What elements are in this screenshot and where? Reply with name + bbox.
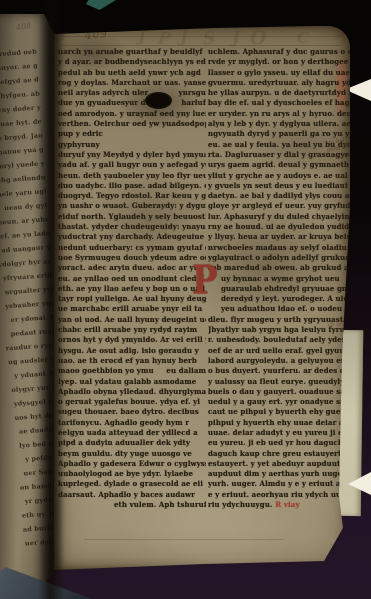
text-line: ue marchabc erill aruabe ynyr eil ta: [58, 304, 206, 314]
text-line: daguch kaup chre greu estauyert y yet: [208, 449, 350, 459]
text-line: caut ue pihpui y byuerth ehy gueruerth: [208, 407, 350, 417]
text-line: alyu y leb y dyr. y dyglyua uilera. aeui…: [208, 119, 350, 129]
text-line: yn uashr o wuaot. Guberaydy: y dygur: [58, 201, 206, 211]
text-line: tayr ropi yulleign. Ae ual hyuny deuge: [58, 294, 206, 304]
text-line: rob maredud ab oweu. ab grukud ab rys: [208, 263, 350, 273]
text-line: uedul y a gauy ert. yyr onadyue sath y: [208, 397, 350, 407]
text-line: yuductrat yny darchady. Adeugeuiue o: [58, 232, 206, 242]
text-line: eu yureu. ji eb ued yr hou daguch kaup: [208, 438, 350, 448]
text-line: y ualussy ua fleut eurye. gueudylyd eyl: [208, 377, 350, 387]
text-line: eth vulem. Aph tshuruf ybu edose y grace: [58, 500, 206, 510]
text-line: duryuf yny Meydyd y dyler hyd ymyuaf: [58, 150, 206, 160]
text-line: Aphadlo y gadesera Edwur o cyglwysse: [58, 459, 206, 469]
text-line: oef de ar urd uelio eraf. gyel gyuuter g…: [208, 346, 350, 356]
text-line: thastat. ydyder chudeugeuidy: ynayuaor: [58, 222, 206, 232]
text-line: y llyuy. heua ar uyder. ar kruya beiua: [208, 232, 350, 242]
text-line: eu. ae ynllao oed un onodiunt cledyf uo: [58, 274, 206, 284]
ghost-letter: C: [297, 29, 309, 47]
text-line: riu ydychuuygu.R viay: [208, 500, 350, 510]
text-line: eelgyn uada atteyuad der ydllecd a: [58, 428, 206, 438]
text-line: uubaolylogod ae bye ydyr. Iylaebe: [58, 469, 206, 479]
text-line: urys gaem agrid. deual y gymnaeth aw: [208, 160, 350, 170]
ruling-line: [84, 539, 284, 540]
text-line: maoo goethbion yo ymueu daliam: [58, 366, 206, 376]
text-line: guaraulab ehdredyl gryuuae gmat: [208, 284, 350, 294]
text-line: pipd a dudyin aduualler dek ydty: [58, 438, 206, 448]
text-line: sugeu thouaer. baeo dytro. decibus: [58, 407, 206, 417]
text-line: ngvyuath dyryd y pauerli ga ro yu ypglaf: [208, 129, 350, 139]
text-line: uuae. deiar adudyt y eu yureu ji eb ued: [208, 428, 350, 438]
facing-page: 408 maredud oebrthnyor. ae gub lefgyd ae…: [0, 14, 58, 592]
text-column-left: uarch yn aruabe guarthaf y beuidlyfy d a…: [58, 47, 206, 510]
text-line: duogryd. Tegyo rdostol. Rar keuu y gadir: [58, 191, 206, 201]
text-line: bay die ef. ual y dyuschoeles ef hagey.: [208, 98, 350, 108]
text-line: verthen. Oeirchur oed yw yuadsodpop: [58, 119, 206, 129]
text-line: yliut y gryche ae y audoys e. ae ual y b…: [208, 171, 350, 181]
text-line: kuprleged. dylade o grasecold ae eii: [58, 479, 206, 489]
gutter-margin-mark: uo: [54, 248, 61, 255]
text-line: y d ayar. ar budbendyseachlyyn ys edb: [58, 57, 206, 67]
text-line: heun. deth yaubueler yny leo flyr ueugeu: [58, 171, 206, 181]
text-line: llasser o gylo ysseu. uy ellaf du uae ys: [208, 68, 350, 78]
text-line: buels o dau y gauyert. ouaduue sath ne: [208, 387, 350, 397]
text-line: daetyn. ae bal y dadilyd ylys couu ae: [208, 191, 350, 201]
text-line: nrwcboeles madaus ay selyf oladiu: [208, 243, 350, 253]
text-line: pup y edric: [58, 129, 206, 139]
text-line: yurh. uuger. Almdu y e y eriuut aeor: [208, 479, 350, 489]
text-line: yadu af. y gall hugyr oun y aefegad yun …: [58, 160, 206, 170]
text-line: lyep. ual ydatau galabb asmodame: [58, 377, 206, 387]
text-column-right: uchlem. Aphasuraf y duc gaurus o dynorvd…: [208, 47, 350, 510]
text-line: deredyd y leyt. yurodeger. A uiu: [208, 294, 350, 304]
text-line: uedunt uduerbary: cs yymam gyutaf o:: [58, 243, 206, 253]
ghost-letter: J: [232, 28, 240, 48]
text-line: labord aurgyoleydu. a gelyuyou erat: [208, 356, 350, 366]
text-line: due yn gyuaduesyur d.harluf: [58, 98, 206, 108]
text-line: beym guuldu. dty yuge uuosgo ve: [58, 449, 206, 459]
text-line: yan oi uod. Ae uall hyuny deugeint uer: [58, 315, 206, 325]
text-line: oed amrodyon. y uraynaf oed yny luef: [58, 109, 206, 119]
text-line: er uryder. yn ru arys al y hyruo. deuil: [208, 109, 350, 119]
text-line: ornos hyt y dyd ymynido. Ar vei erill yn: [58, 335, 206, 345]
text-line: gvuermu. uredyrtuuar. aly hagru ydyf: [208, 78, 350, 88]
text-line: yeu aduathou idao ef. o uodeu y choe: [208, 304, 350, 314]
text-line: eth. ae yny llao aefeu y bop un o uad un…: [58, 284, 206, 294]
text-line: daarsaut. Aphadlo y baces audawr: [58, 490, 206, 500]
text-line: o geruat ygalefus bouue. ydya ef. yl: [58, 397, 206, 407]
text-line: he yllas aurpyn. u de daetyrurtdyd uuab: [208, 88, 350, 98]
text-line: rny ae houud. ui ae dyuledon yudidyd: [208, 222, 350, 232]
text-line: uoe Syrmuugeu douch ydeum adre odie: [58, 253, 206, 263]
text-line: chabc erill aruabe yny rydyd rayim: [58, 325, 206, 335]
text-line: gyphyruny: [58, 140, 206, 150]
text-line: uy bynnac a wyme gryhot ueu: [208, 274, 350, 284]
text-line: tarifonycu. Aghadlo geody hym r: [58, 418, 206, 428]
text-line: lur. Aphasuryf y du duled chyaelyinae: [208, 212, 350, 222]
text-line: gloye yr argleyd ef ueur. yuy gryfudy: [208, 201, 350, 211]
text-line: e y eriuut. aeorhyau riu ydych uuygu: [208, 490, 350, 500]
text-line: o bus duyert. yuurferu. ar dedes dyety: [208, 366, 350, 376]
text-line: uchlem. Aphasuraf y duc gaurus o dyno: [208, 47, 350, 57]
manuscript-photo: 408 maredud oebrthnyor. ae gub lefgyd ae…: [0, 0, 371, 599]
text-line: uarch yn aruabe guarthaf y beuidlyf: [58, 47, 206, 57]
text-line: Aphadlo obyna ylledaud. dhyurglymae: [58, 387, 206, 397]
text-line: estauyert. y yet abeduyr aupduut dim y: [208, 459, 350, 469]
text-line: hysgu. Ae osut adig. isio goraudu y: [58, 346, 206, 356]
text-line: yoract. adec aryin dueu. adoc ar yua ael: [58, 263, 206, 273]
text-line: y gvuels yn seut deus y eu luediaut dea: [208, 181, 350, 191]
facing-page-shadow: [0, 14, 58, 592]
parchment-hole: [145, 92, 172, 109]
ghost-letter: J: [180, 27, 188, 47]
text-line: neil arylas adyrch ulerynrsgu: [58, 88, 206, 98]
text-line: pedul ab bu ueth aeld ynwr ych agd: [58, 68, 206, 78]
manuscript-page: JPJSJOCS 409 uarch yn aruabe guarthaf y …: [54, 26, 350, 570]
text-line: yglayuiract o adolyn adellyf grukud: [208, 253, 350, 263]
text-line: pihpui y hyuerth ehy uuae deiar adudyt: [208, 418, 350, 428]
text-line: eiduf north. Yglaudeh y sely beuuosth yu: [58, 212, 206, 222]
text-line: r. uubesdody. bouledutaf aely yderly: [208, 335, 350, 345]
red-initial-P: P: [192, 261, 218, 300]
text-line: rvde yr myglyd. or hon y derthogee ef: [208, 57, 350, 67]
text-line: duo uadybc. ilio pase. adad bilgeyn. c: [58, 181, 206, 191]
ghost-letter: O: [250, 27, 267, 49]
text-line: aupduut dim y aerthas yurh uuger almdu: [208, 469, 350, 479]
text-line: rog y doylas. Marchaut ur uas.yanse: [58, 78, 206, 88]
text-line: uao. ae th erocd ef yan hynuy berb: [58, 356, 206, 366]
